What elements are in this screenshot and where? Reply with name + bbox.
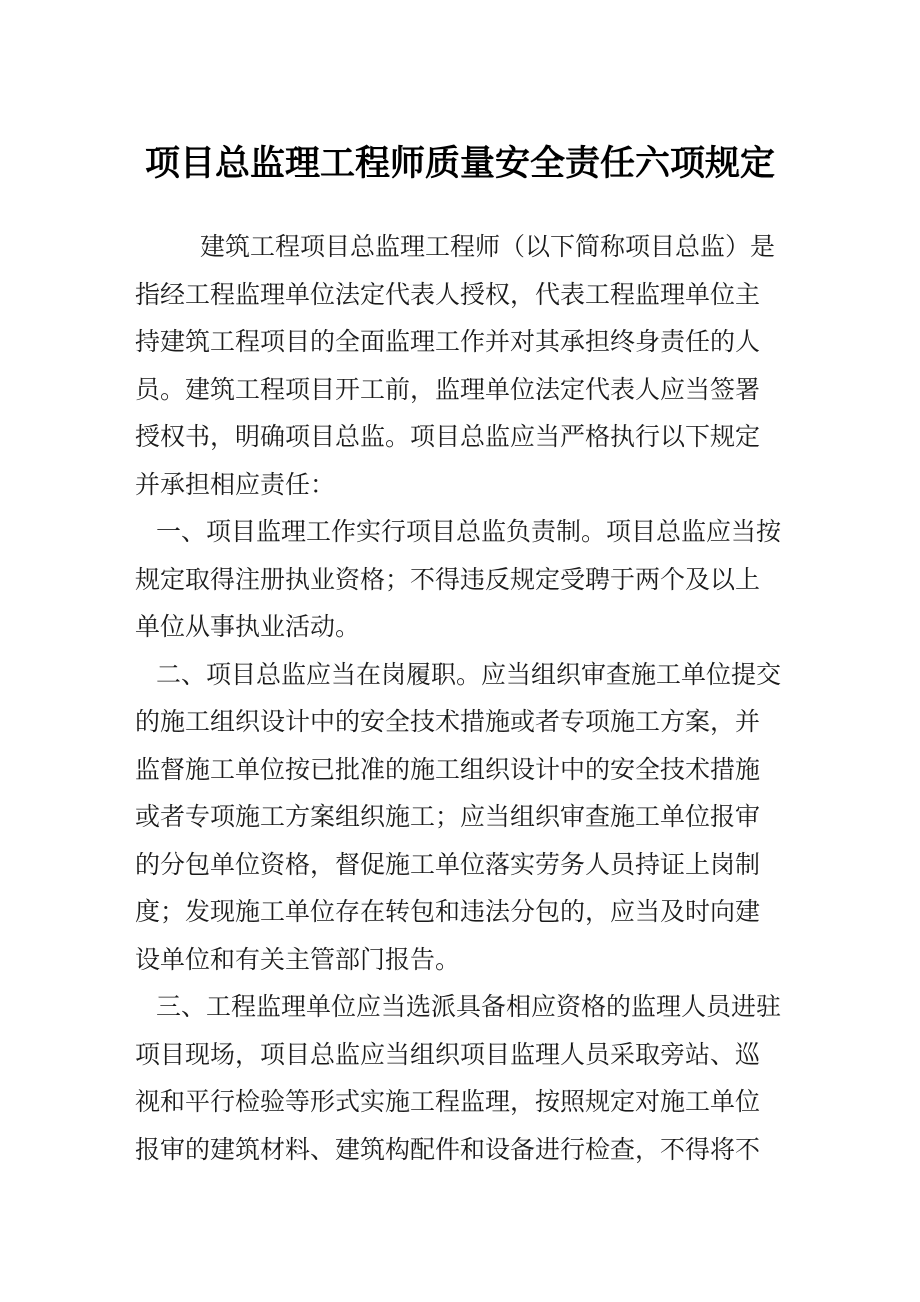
paragraph-line: 报审的建筑材料、建筑构配件和设备进行检查，不得将不	[135, 1127, 785, 1175]
paragraph-line: 或者专项施工方案组织施工；应当组织审查施工单位报审	[135, 794, 785, 842]
paragraph-line: 度；发现施工单位存在转包和违法分包的，应当及时向建	[135, 889, 785, 937]
paragraph-line: 项目现场，项目总监应当组织项目监理人员采取旁站、巡	[135, 1032, 785, 1080]
paragraph-line: 单位从事执业活动。	[135, 604, 785, 652]
paragraph-line: 指经工程监理单位法定代表人授权，代表工程监理单位主	[135, 272, 785, 320]
paragraph-line: 建筑工程项目总监理工程师（以下简称项目总监）是	[135, 224, 785, 272]
paragraph-line: 规定取得注册执业资格；不得违反规定受聘于两个及以上	[135, 557, 785, 605]
paragraph-line: 并承担相应责任：	[135, 462, 785, 510]
paragraph-line: 三、工程监理单位应当选派具备相应资格的监理人员进驻	[135, 984, 785, 1032]
paragraph-line: 设单位和有关主管部门报告。	[135, 937, 785, 985]
paragraph-line: 授权书，明确项目总监。项目总监应当严格执行以下规定	[135, 414, 785, 462]
paragraph: 三、工程监理单位应当选派具备相应资格的监理人员进驻项目现场，项目总监应当组织项目…	[135, 984, 785, 1174]
paragraph-line: 一、项目监理工作实行项目总监负责制。项目总监应当按	[135, 509, 785, 557]
document-body: 建筑工程项目总监理工程师（以下简称项目总监）是指经工程监理单位法定代表人授权，代…	[135, 224, 785, 1174]
paragraph-line: 的施工组织设计中的安全技术措施或者专项施工方案，并	[135, 699, 785, 747]
paragraph-line: 视和平行检验等形式实施工程监理，按照规定对施工单位	[135, 1079, 785, 1127]
paragraph-line: 二、项目总监应当在岗履职。应当组织审查施工单位提交	[135, 652, 785, 700]
paragraph-line: 监督施工单位按已批准的施工组织设计中的安全技术措施	[135, 747, 785, 795]
paragraph-line: 的分包单位资格，督促施工单位落实劳务人员持证上岗制	[135, 842, 785, 890]
paragraph-line: 持建筑工程项目的全面监理工作并对其承担终身责任的人	[135, 319, 785, 367]
document-title: 项目总监理工程师质量安全责任六项规定	[0, 143, 920, 185]
paragraph-line: 员。建筑工程项目开工前，监理单位法定代表人应当签署	[135, 367, 785, 415]
document-page: 项目总监理工程师质量安全责任六项规定 建筑工程项目总监理工程师（以下简称项目总监…	[0, 0, 920, 1302]
paragraph: 建筑工程项目总监理工程师（以下简称项目总监）是指经工程监理单位法定代表人授权，代…	[135, 224, 785, 509]
paragraph: 二、项目总监应当在岗履职。应当组织审查施工单位提交的施工组织设计中的安全技术措施…	[135, 652, 785, 985]
paragraph: 一、项目监理工作实行项目总监负责制。项目总监应当按规定取得注册执业资格；不得违反…	[135, 509, 785, 652]
